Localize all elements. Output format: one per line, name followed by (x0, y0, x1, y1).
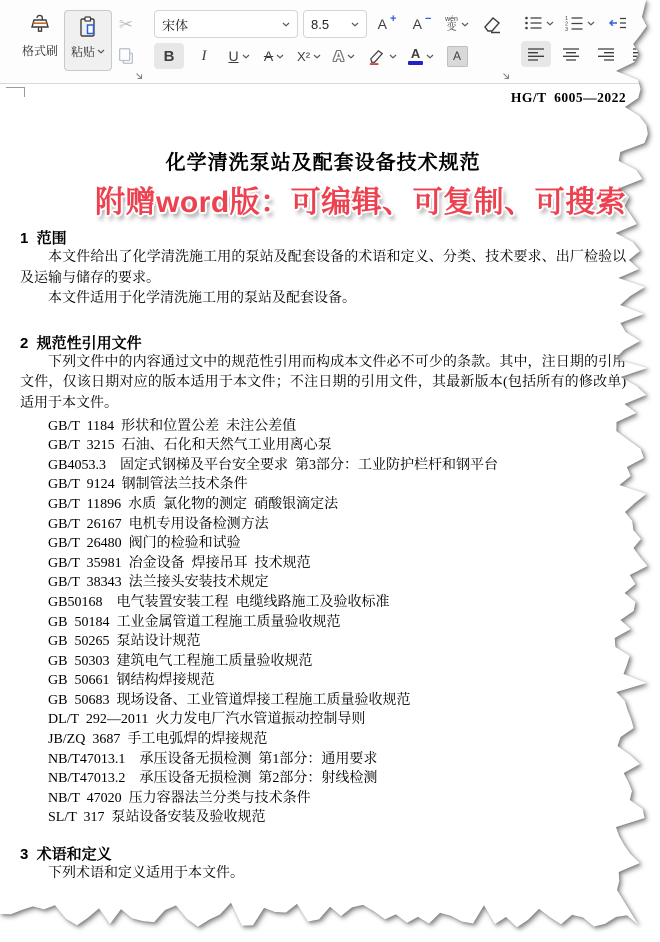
indent-icon (643, 15, 660, 31)
app-window: 格式刷 粘贴 ✂ (0, 0, 660, 942)
dialog-launcher-icon (134, 71, 144, 81)
paragraph[interactable]: 本文件适用于化学清洗施工用的泵站及配套设备。 (20, 289, 626, 310)
chevron-down-icon (587, 21, 595, 26)
svg-text:3: 3 (565, 27, 568, 31)
minus-sign: − (425, 13, 431, 25)
reference-line[interactable]: NB/T 47020 压力容器法兰分类与技术条件 (48, 789, 626, 809)
paste-label: 粘贴 (71, 43, 95, 60)
chevron-down-icon (546, 21, 554, 26)
cut-copy-column: ✂ (112, 10, 140, 71)
superscript-button[interactable]: X² (294, 43, 324, 69)
cut-icon: ✂ (119, 15, 133, 35)
torn-screenshot-shadow: 格式刷 粘贴 ✂ (0, 0, 660, 942)
clipboard-dialog-launcher[interactable] (134, 71, 144, 81)
align-left-button[interactable] (521, 41, 551, 67)
underline-button[interactable]: U (224, 43, 254, 69)
font-size-value: 8.5 (311, 17, 329, 32)
align-center-icon (562, 47, 580, 61)
phonetic-guide-button[interactable]: wén 变 (442, 11, 472, 37)
font-size-combobox[interactable]: 8.5 (303, 10, 367, 38)
reference-line[interactable]: GB/T 1184 形状和位置公差 未注公差值 (48, 417, 626, 437)
phonetic-guide-icon: wén 变 (445, 16, 458, 33)
reference-line[interactable]: DL/T 292—2011 火力发电厂汽水管道振动控制导则 (48, 710, 626, 730)
highlighter-icon (367, 47, 386, 66)
chevron-down-icon (351, 22, 359, 27)
justify-icon (632, 47, 650, 61)
chevron-down-icon (461, 22, 469, 27)
chevron-down-icon (389, 54, 397, 59)
align-right-button[interactable] (591, 41, 621, 67)
italic-label: I (202, 48, 207, 65)
paragraph-group: 1 2 3 (517, 0, 660, 83)
font-dialog-launcher[interactable] (501, 71, 511, 81)
reference-line[interactable]: GB50168 电气装置安装工程 电缆线路施工及验收标准 (48, 593, 626, 613)
grow-font-letter: A (378, 16, 387, 32)
plus-sign: + (390, 13, 396, 25)
paragraph[interactable]: 下列文件中的内容通过文中的规范性引用而构成本文件必不可少的条款。其中，注日期的引… (20, 353, 626, 415)
reference-line[interactable]: GB 50265 泵站设计规范 (48, 632, 626, 652)
reference-line[interactable]: GB 50683 现场设备、工业管道焊接工程施工质量验收规范 (48, 691, 626, 711)
grow-font-button[interactable]: A+ (372, 11, 402, 37)
numbered-list-button[interactable]: 1 2 3 (562, 10, 598, 36)
reference-line[interactable]: GB 50661 钢结构焊接规范 (48, 671, 626, 691)
align-left-icon (527, 47, 545, 61)
char-shading-button[interactable]: A (442, 43, 472, 69)
reference-line[interactable]: NB/T47013.2 承压设备无损检测 第2部分：射线检测 (48, 769, 626, 789)
chevron-down-icon (282, 22, 290, 27)
bullet-list-button[interactable] (521, 10, 557, 36)
justify-button[interactable] (626, 41, 656, 67)
shrink-font-letter: A (413, 16, 422, 32)
paragraph[interactable]: 下列术语和定义适用于本文件。 (20, 864, 626, 885)
standard-number[interactable]: HG/T 6005—2022 (20, 90, 626, 106)
reference-list: GB/T 1184 形状和位置公差 未注公差值 GB/T 3215 石油、石化和… (20, 417, 626, 828)
highlight-button[interactable] (364, 43, 400, 69)
paste-button[interactable]: 粘贴 (64, 10, 112, 71)
strikethrough-label: A (264, 48, 273, 64)
watermark-banner[interactable]: 附赠word版：可编辑、可复制、可搜索 (95, 183, 626, 223)
document-page[interactable]: HG/T 6005—2022 化学清洗泵站及配套设备技术规范 附赠word版：可… (0, 84, 660, 942)
format-painter-label: 格式刷 (22, 42, 58, 59)
decrease-indent-button[interactable] (603, 10, 633, 36)
chevron-down-icon (426, 54, 434, 59)
bold-button[interactable]: B (154, 43, 184, 69)
chevron-down-icon (313, 54, 321, 59)
reference-line[interactable]: GB 50184 工业金属管道工程施工质量验收规范 (48, 613, 626, 633)
format-painter-icon (27, 13, 53, 39)
text-effects-icon: A (333, 48, 344, 65)
outdent-icon (608, 15, 628, 31)
cut-button[interactable]: ✂ (114, 14, 138, 37)
margin-crop-mark (6, 87, 25, 97)
underline-label: U (228, 48, 238, 64)
document-title[interactable]: 化学清洗泵站及配套设备技术规范 (20, 146, 626, 175)
reference-line[interactable]: GB/T 26480 阀门的检验和试验 (48, 534, 626, 554)
font-name-value: 宋体 (162, 15, 188, 34)
ribbon-toolbar: 格式刷 粘贴 ✂ (0, 0, 660, 84)
copy-button[interactable] (114, 45, 138, 68)
paste-clipboard-icon (75, 14, 101, 40)
reference-line[interactable]: SL/T 317 泵站设备安装及验收规范 (48, 808, 626, 828)
document-area: HG/T 6005—2022 化学清洗泵站及配套设备技术规范 附赠word版：可… (0, 84, 660, 942)
numbered-list-icon: 1 2 3 (565, 15, 584, 31)
reference-line[interactable]: GB/T 3215 石油、石化和天然气工业用离心泵 (48, 436, 626, 456)
format-painter-button[interactable]: 格式刷 (16, 10, 64, 71)
chevron-down-icon (347, 54, 355, 59)
font-color-icon: A (408, 47, 423, 65)
reference-line[interactable]: GB/T 11896 水质 氯化物的测定 硝酸银滴定法 (48, 495, 626, 515)
text-effects-button[interactable]: A (329, 43, 359, 69)
reference-line[interactable]: GB/T 38343 法兰接头安装技术规定 (48, 573, 626, 593)
section-2-heading[interactable]: 2 规范性引用文件 (20, 332, 626, 353)
reference-line[interactable]: NB/T47013.1 承压设备无损检测 第1部分：通用要求 (48, 750, 626, 770)
dialog-launcher-icon (501, 71, 511, 81)
reference-line[interactable]: GB4053.3 固定式钢梯及平台安全要求 第3部分：工业防护栏杆和钢平台 (48, 456, 626, 476)
font-name-combobox[interactable]: 宋体 (154, 10, 298, 38)
char-shading-icon: A (447, 46, 468, 67)
clipboard-group: 格式刷 粘贴 ✂ (12, 0, 146, 83)
copy-icon (116, 46, 136, 66)
shrink-font-button[interactable]: A− (407, 11, 437, 37)
paragraph[interactable]: 本文件给出了化学清洗施工用的泵站及配套设备的术语和定义、分类、技术要求、出厂检验… (20, 248, 626, 289)
reference-line[interactable]: JB/ZQ 3687 手工电弧焊的焊接规范 (48, 730, 626, 750)
chevron-down-icon (242, 54, 250, 59)
align-center-button[interactable] (556, 41, 586, 67)
reference-line[interactable]: GB 50303 建筑电气工程施工质量验收规范 (48, 652, 626, 672)
align-right-icon (597, 47, 615, 61)
italic-button[interactable]: I (189, 43, 219, 69)
section-1-heading[interactable]: 1 范围 (20, 227, 626, 248)
increase-indent-button[interactable] (638, 10, 660, 36)
bold-label: B (164, 48, 175, 65)
reference-line[interactable]: GB/T 9124 钢制管法兰技术条件 (48, 475, 626, 495)
reference-line[interactable]: GB/T 35981 冶金设备 焊接吊耳 技术规范 (48, 554, 626, 574)
chevron-down-icon (97, 49, 105, 54)
superscript-label: X² (297, 49, 310, 64)
eraser-icon (482, 14, 502, 34)
clear-formatting-button[interactable] (477, 11, 507, 37)
chevron-down-icon (276, 54, 284, 59)
font-color-button[interactable]: A (405, 43, 437, 69)
strikethrough-button[interactable]: A (259, 43, 289, 69)
bullet-list-icon (524, 15, 543, 31)
font-group: 宋体 8.5 A+ A− (150, 0, 513, 83)
section-3-heading[interactable]: 3 术语和定义 (20, 843, 626, 864)
reference-line[interactable]: GB/T 26167 电机专用设备检测方法 (48, 515, 626, 535)
